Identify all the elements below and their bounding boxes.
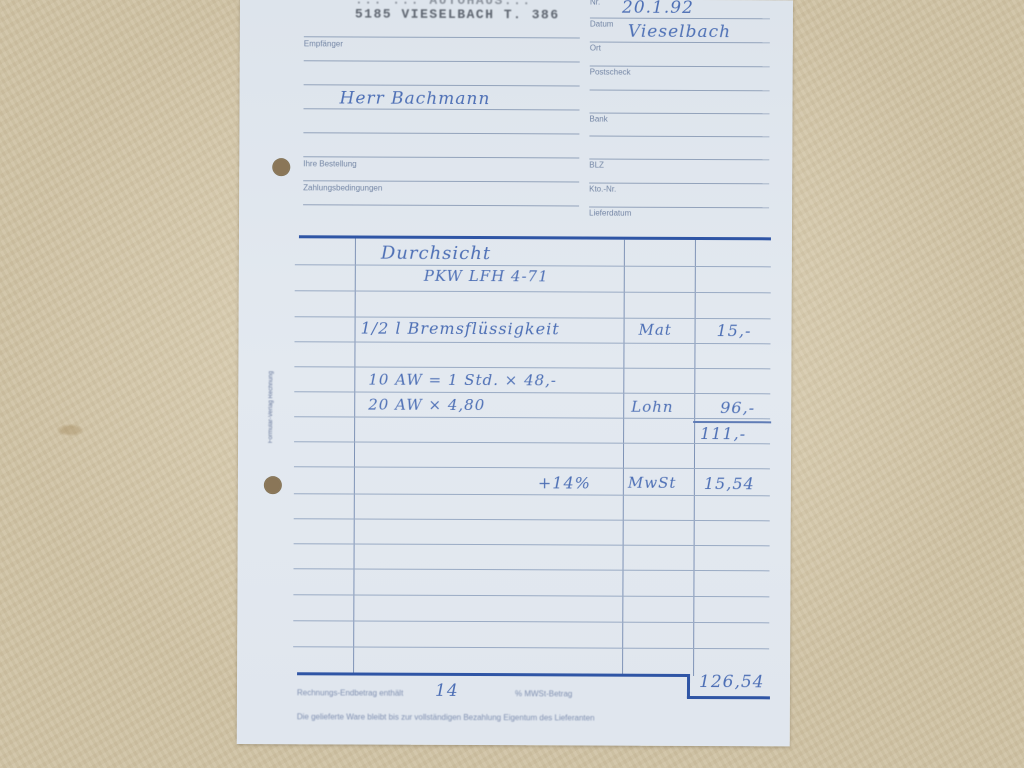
rule	[304, 84, 580, 86]
invoice-place: Vieselbach	[628, 22, 731, 42]
item-row-description: 20 AW × 4,80	[368, 396, 485, 415]
rule	[590, 90, 770, 92]
vat-rate: +14%	[538, 473, 591, 492]
table-rule	[294, 366, 770, 369]
label-kto: Kto.-Nr.	[589, 185, 616, 194]
table-rule	[293, 620, 769, 623]
label-nr: Nr.	[590, 0, 600, 7]
rule	[589, 113, 769, 115]
rule	[589, 159, 769, 161]
table-rule	[293, 594, 769, 597]
label-datum: Datum	[590, 20, 614, 29]
table-rule	[295, 290, 771, 293]
table-rule	[293, 646, 769, 649]
vendor-address: 5185 VIESELBACH T. 386	[355, 7, 560, 23]
table-rule	[294, 341, 770, 344]
rule	[303, 204, 579, 206]
rule	[590, 18, 770, 20]
label-bank: Bank	[589, 115, 607, 124]
table-rule	[294, 568, 770, 571]
rule	[590, 42, 770, 44]
table-rule	[294, 518, 770, 521]
label-blz: BLZ	[589, 161, 604, 170]
label-empfaenger: Empfänger	[304, 39, 343, 48]
table-rule	[294, 391, 770, 394]
side-print-text: Formular-Verlag Rechnung	[268, 371, 274, 443]
invoice-total: 126,54	[699, 672, 765, 692]
total-box-step	[687, 674, 690, 698]
table-rule	[294, 466, 770, 469]
item-row-description: 1/2 l Bremsflüssigkeit	[361, 319, 560, 339]
column-divider	[353, 239, 356, 675]
table-top-border	[299, 235, 771, 240]
subtotal-underline	[693, 421, 771, 423]
rule	[304, 60, 580, 62]
footer-mwst-label: % MWSt-Betrag	[515, 689, 572, 698]
vat-type: MwSt	[628, 474, 677, 492]
table-rule	[294, 543, 770, 546]
item-row-amount: 15,-	[717, 321, 752, 340]
rule	[303, 132, 579, 134]
column-divider	[693, 240, 696, 676]
rule	[589, 136, 769, 138]
rule	[304, 36, 580, 38]
item-row-description: 10 AW = 1 Std. × 48,-	[368, 371, 557, 390]
table-rule	[294, 416, 770, 419]
total-box-bottom	[687, 696, 770, 699]
table-rule	[294, 441, 770, 444]
label-postscheck: Postscheck	[590, 68, 631, 77]
label-zahlungsbedingungen: Zahlungsbedingungen	[303, 183, 382, 192]
item-title: Durchsicht	[381, 243, 491, 264]
invoice-sheet: Formular-Verlag Rechnung ... ... AUTOHAU…	[237, 0, 793, 746]
rule	[304, 108, 580, 110]
vat-amount: 15,54	[704, 474, 755, 493]
item-row-type: Mat	[639, 321, 672, 339]
footer-ownership-note: Die gelieferte Ware bleibt bis zur volls…	[297, 712, 595, 722]
label-ihre-bestellung: Ihre Bestellung	[303, 159, 356, 168]
footer-mwst-percent: 14	[435, 681, 459, 701]
footer-endbetrag-label: Rechnungs-Endbetrag enthält	[297, 688, 403, 697]
punch-hole-bottom	[264, 476, 282, 494]
subtotal-amount: 111,-	[700, 424, 746, 443]
rule	[303, 180, 579, 182]
label-ort: Ort	[590, 44, 601, 53]
rule	[303, 156, 579, 158]
invoice-date: 20.1.92	[622, 0, 694, 18]
item-subtitle: PKW LFH 4-71	[424, 267, 549, 286]
table-rule	[294, 493, 770, 496]
column-divider	[622, 240, 625, 676]
punch-hole-top	[272, 158, 290, 176]
item-row-type: Lohn	[631, 398, 673, 416]
label-lieferdatum: Lieferdatum	[589, 209, 631, 218]
item-row-amount: 96,-	[720, 398, 755, 417]
table-bottom-border	[297, 672, 689, 677]
recipient-name: Herr Bachmann	[340, 88, 491, 109]
